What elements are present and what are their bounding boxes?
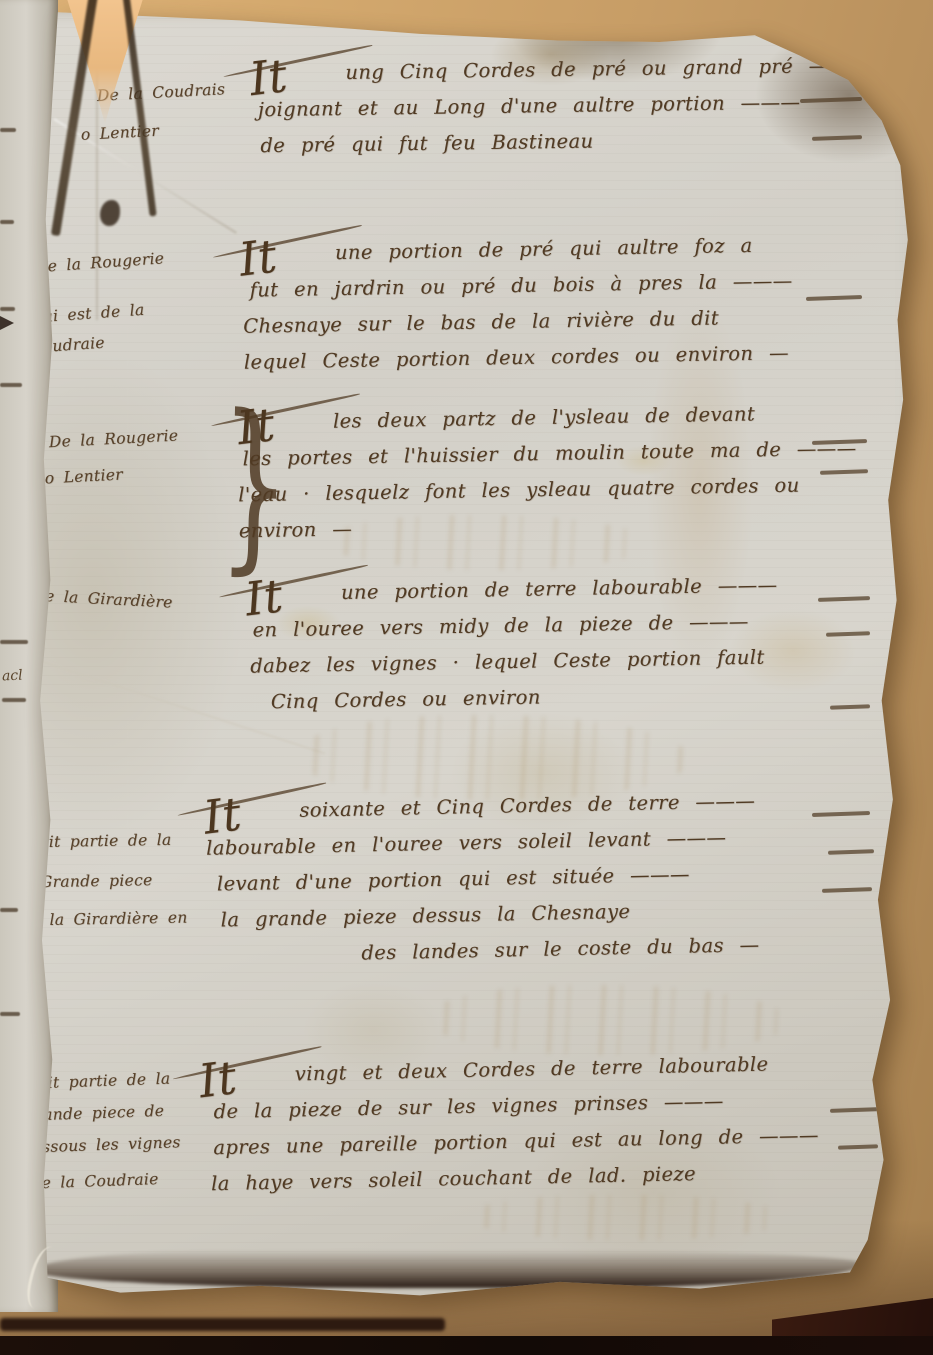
photograph-background: acl De la Coudrais o Lentier Itung Cinq … [0, 0, 933, 1355]
text-line-content: une portion de terre labourable ——— [341, 573, 778, 604]
line-filler-dash [818, 596, 870, 601]
text-line-content: une portion de pré qui aultre foz a [335, 234, 753, 264]
item-mark: It [245, 588, 340, 600]
line-filler-dash [812, 811, 870, 817]
manuscript-page: De la Coudrais o Lentier Itung Cinq Cord… [0, 0, 933, 1355]
item-mark: It [204, 806, 299, 818]
text-line-content: ung Cinq Cordes de pré ou grand pré ——— [345, 54, 868, 84]
text-line-content: les deux partz de l'ysleau de devant [333, 402, 756, 432]
line-filler-dash [806, 295, 862, 300]
line-filler-dash [830, 1107, 880, 1112]
margin-note-line: e la Coudraie [41, 1169, 182, 1202]
line-filler-dash [826, 631, 870, 636]
entry-text: Itles deux partz de l'ysleau de devant l… [237, 401, 858, 556]
entry-text: Itune portion de pré qui aultre foz a fu… [239, 233, 794, 387]
bleed-through-writing [430, 985, 790, 1055]
text-line: des landes sur le coste du bas — [361, 933, 760, 977]
margin-note-line: o Lentier [80, 118, 228, 154]
margin-note-line: Coudraie [30, 329, 171, 367]
margin-note: fait partie de la grande piece de dessou… [20, 1069, 183, 1202]
margin-note-line: o Lentier [44, 462, 181, 497]
entry-text: Itsoixante et Cinq Cordes de terre ——— l… [203, 789, 760, 981]
text-line-content: vingt et deux Cordes de terre labourable [295, 1053, 769, 1086]
item-mark: It [237, 417, 332, 429]
margin-note-line: De la Rougerie [48, 426, 179, 461]
margin-note-line: Grande piece [40, 871, 187, 902]
margin-note-line: fait partie de la [32, 1069, 179, 1102]
margin-note: fait partie de la Grande piece de la Gir… [19, 831, 188, 940]
line-filler-dash [838, 1144, 878, 1149]
line-filler-dash [828, 849, 874, 854]
line-filler-dash [830, 704, 870, 709]
text-line: Cinq Cordes ou environ [271, 681, 780, 726]
margin-note: De la Girardière [31, 586, 173, 621]
margin-note-line: dessous les vignes [22, 1133, 181, 1167]
line-filler-dash [822, 887, 872, 892]
margin-note: De la Rougerie qui est de la Coudraie [24, 249, 171, 366]
text-line: de pré qui fut feu Bastineau [260, 126, 869, 170]
torn-bottom-edge [34, 1250, 862, 1288]
ink-blotch [20, 726, 38, 741]
item-mark: It [250, 68, 345, 79]
margin-note: De la Rougerie o Lentier [42, 426, 181, 497]
margin-note-line: fait partie de la [33, 831, 186, 862]
entry-text: Itune portion de terre labourable ——— en… [245, 573, 780, 726]
margin-note-line: De la Girardière [31, 586, 173, 621]
margin-note-line: de la Girardière en [20, 909, 187, 940]
item-mark: It [199, 1069, 294, 1081]
margin-note-line: grande piece de [25, 1101, 180, 1134]
lower-page-edge-shadow [0, 1318, 445, 1331]
margin-note-line: De la Rougerie [34, 249, 165, 286]
bleed-through-writing [300, 715, 690, 800]
text-line-content: soixante et Cinq Cordes de terre ——— [299, 789, 755, 822]
item-mark: It [239, 248, 334, 260]
manuscript-page-wrap: De la Coudrais o Lentier Itung Cinq Cord… [0, 0, 933, 1355]
bottom-shadow-band [0, 1336, 933, 1355]
entry-text: Itung Cinq Cordes de pré ou grand pré ——… [249, 54, 869, 171]
entry-text: Itvingt et deux Cordes de terre labourab… [199, 1052, 820, 1209]
